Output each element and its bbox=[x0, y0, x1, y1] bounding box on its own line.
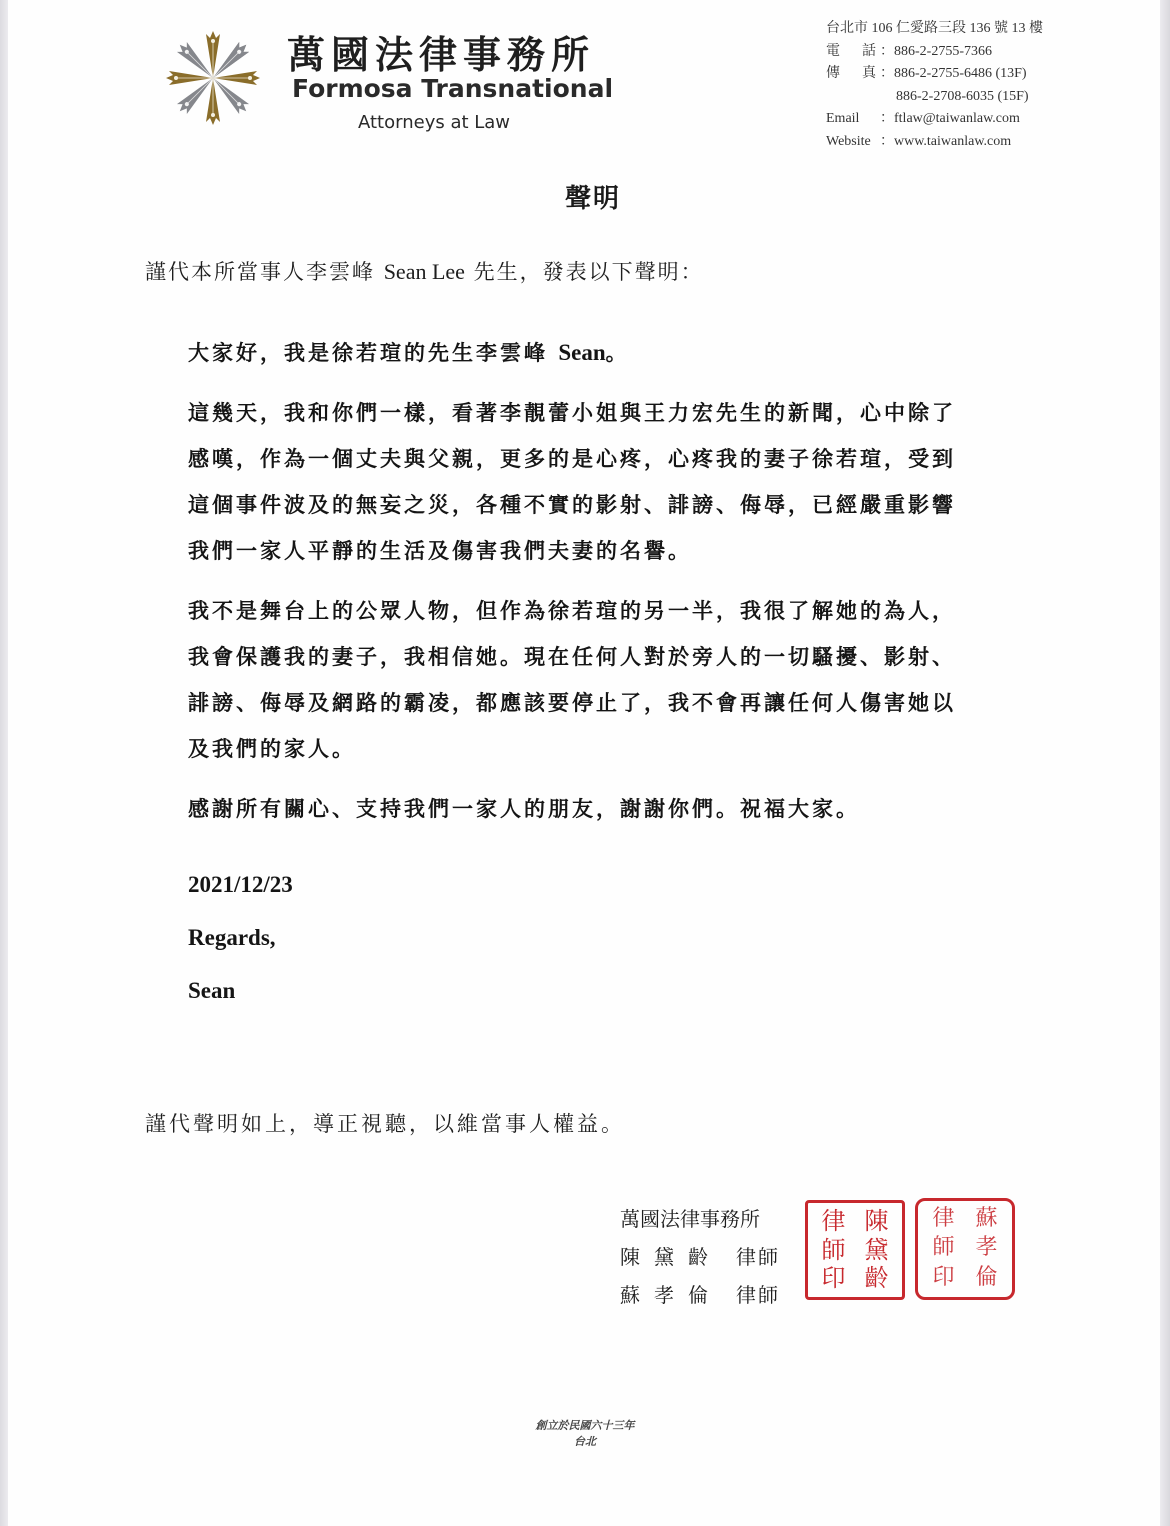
seal-char: 黛 bbox=[855, 1236, 898, 1265]
page-edge-left bbox=[0, 0, 8, 1526]
page-edge-right bbox=[1160, 0, 1170, 1526]
seal-characters: 蘇 孝 倫 律 師 印 bbox=[922, 1205, 1008, 1293]
signatory-firm: 萬國法律事務所 bbox=[620, 1200, 780, 1238]
firm-name-chinese: 萬國法律事務所 bbox=[287, 24, 595, 79]
phone-number: ：886-2-2755-7366 bbox=[880, 44, 992, 59]
email-address: ：ftlaw@taiwanlaw.com bbox=[880, 111, 1020, 126]
declaration: 謹代聲明如上，導正視聽，以維當事人權益。 bbox=[145, 1108, 625, 1138]
statement-date: 2021/12/23 bbox=[188, 872, 293, 898]
intro-text-post: 先生，發表以下聲明： bbox=[465, 260, 704, 284]
greeting-end: 。 bbox=[606, 340, 630, 365]
website-url: ：www.taiwanlaw.com bbox=[880, 134, 1011, 149]
paragraph-line: 我會保護我的妻子，我相信她。現在任何人對於旁人的一切騷擾、影射、 bbox=[188, 634, 1048, 680]
contact-block: 台北市 106 仁愛路三段 136 號 13 樓 電話：886-2-2755-7… bbox=[826, 18, 1043, 153]
footer: 創立於民國六十三年 台北 bbox=[0, 1418, 1170, 1450]
firm-subtitle: Attorneys at Law bbox=[358, 112, 510, 133]
seal-char: 齡 bbox=[855, 1264, 898, 1293]
seal-char: 律 bbox=[922, 1205, 965, 1234]
paragraph-line: 及我們的家人。 bbox=[188, 726, 1048, 772]
email-label: Email bbox=[826, 108, 880, 131]
regards: Regards, bbox=[188, 925, 276, 951]
signature-name: Sean bbox=[188, 978, 235, 1004]
paragraph-2: 這幾天，我和你們一樣，看著李靚蕾小姐與王力宏先生的新聞，心中除了 感嘆，作為一個… bbox=[188, 390, 1048, 574]
lawyer-role: 律師 bbox=[736, 1283, 780, 1307]
footer-founded: 創立於民國六十三年 bbox=[0, 1418, 1170, 1434]
intro-line: 謹代本所當事人李雲峰 Sean Lee 先生，發表以下聲明： bbox=[145, 256, 704, 286]
intro-text-pre: 謹代本所當事人李雲峰 bbox=[145, 260, 384, 284]
greeting-name: Sean bbox=[558, 340, 605, 365]
fax-number-13f: ：886-2-2755-6486 (13F) bbox=[880, 66, 1027, 81]
paragraph-3: 我不是舞台上的公眾人物，但作為徐若瑄的另一半，我很了解她的為人， 我會保護我的妻… bbox=[188, 588, 1048, 772]
greeting-paragraph: 大家好，我是徐若瑄的先生李雲峰 Sean。 bbox=[188, 330, 1048, 376]
seal-char: 蘇 bbox=[965, 1205, 1008, 1234]
address: 台北市 106 仁愛路三段 136 號 13 樓 bbox=[826, 18, 1043, 41]
fax-row: 傳真：886-2-2755-6486 (13F) bbox=[826, 63, 1043, 86]
website-row: Website：www.taiwanlaw.com bbox=[826, 131, 1043, 154]
footer-city: 台北 bbox=[0, 1434, 1170, 1450]
seal-char: 陳 bbox=[855, 1207, 898, 1236]
website-label: Website bbox=[826, 131, 880, 154]
phone-label: 電話 bbox=[826, 41, 880, 64]
email-row: Email：ftlaw@taiwanlaw.com bbox=[826, 108, 1043, 131]
lawyer-name: 蘇孝倫 bbox=[620, 1283, 722, 1307]
seal-char: 律 bbox=[812, 1207, 855, 1236]
fax-number-15f: 886-2-2708-6035 (15F) bbox=[826, 86, 1043, 109]
firm-logo-starburst-icon bbox=[163, 28, 263, 128]
lawyer-name: 陳黛齡 bbox=[620, 1245, 722, 1269]
paragraph-line: 這個事件波及的無妄之災，各種不實的影射、誹謗、侮辱，已經嚴重影響 bbox=[188, 482, 1048, 528]
seal-char: 印 bbox=[922, 1264, 965, 1293]
paragraph-line: 我們一家人平靜的生活及傷害我們夫妻的名譽。 bbox=[188, 528, 1048, 574]
paragraph-line: 這幾天，我和你們一樣，看著李靚蕾小姐與王力宏先生的新聞，心中除了 bbox=[188, 390, 1048, 436]
seal-char: 倫 bbox=[965, 1264, 1008, 1293]
intro-client-name: Sean Lee bbox=[384, 259, 465, 284]
seal-char: 孝 bbox=[965, 1234, 1008, 1263]
lawyer-role: 律師 bbox=[736, 1245, 780, 1269]
signatory-block: 萬國法律事務所 陳黛齡律師 蘇孝倫律師 bbox=[620, 1200, 780, 1314]
phone-row: 電話：886-2-2755-7366 bbox=[826, 41, 1043, 64]
seal-characters: 陳 黛 齡 律 師 印 bbox=[812, 1207, 898, 1293]
seal-char: 師 bbox=[812, 1236, 855, 1265]
signatory-lawyer: 蘇孝倫律師 bbox=[620, 1276, 780, 1314]
fax-label: 傳真 bbox=[826, 63, 880, 86]
greeting-text: 大家好，我是徐若瑄的先生李雲峰 bbox=[188, 340, 558, 365]
paragraph-4: 感謝所有關心、支持我們一家人的朋友，謝謝你們。祝福大家。 bbox=[188, 786, 1048, 832]
seal-char: 印 bbox=[812, 1264, 855, 1293]
seal-stamp-su: 蘇 孝 倫 律 師 印 bbox=[915, 1198, 1015, 1300]
signatory-lawyer: 陳黛齡律師 bbox=[620, 1238, 780, 1276]
paragraph-line: 我不是舞台上的公眾人物，但作為徐若瑄的另一半，我很了解她的為人， bbox=[188, 588, 1048, 634]
paragraph-line: 誹謗、侮辱及網路的霸凌，都應該要停止了，我不會再讓任何人傷害她以 bbox=[188, 680, 1048, 726]
paragraph-line: 感嘆，作為一個丈夫與父親，更多的是心疼，心疼我的妻子徐若瑄，受到 bbox=[188, 436, 1048, 482]
document-title: 聲明 bbox=[0, 178, 1170, 215]
statement-body: 大家好，我是徐若瑄的先生李雲峰 Sean。 這幾天，我和你們一樣，看著李靚蕾小姐… bbox=[188, 330, 1048, 832]
seal-stamp-chen: 陳 黛 齡 律 師 印 bbox=[805, 1200, 905, 1300]
seal-char: 師 bbox=[922, 1234, 965, 1263]
firm-name-english: Formosa Transnational bbox=[292, 74, 613, 103]
